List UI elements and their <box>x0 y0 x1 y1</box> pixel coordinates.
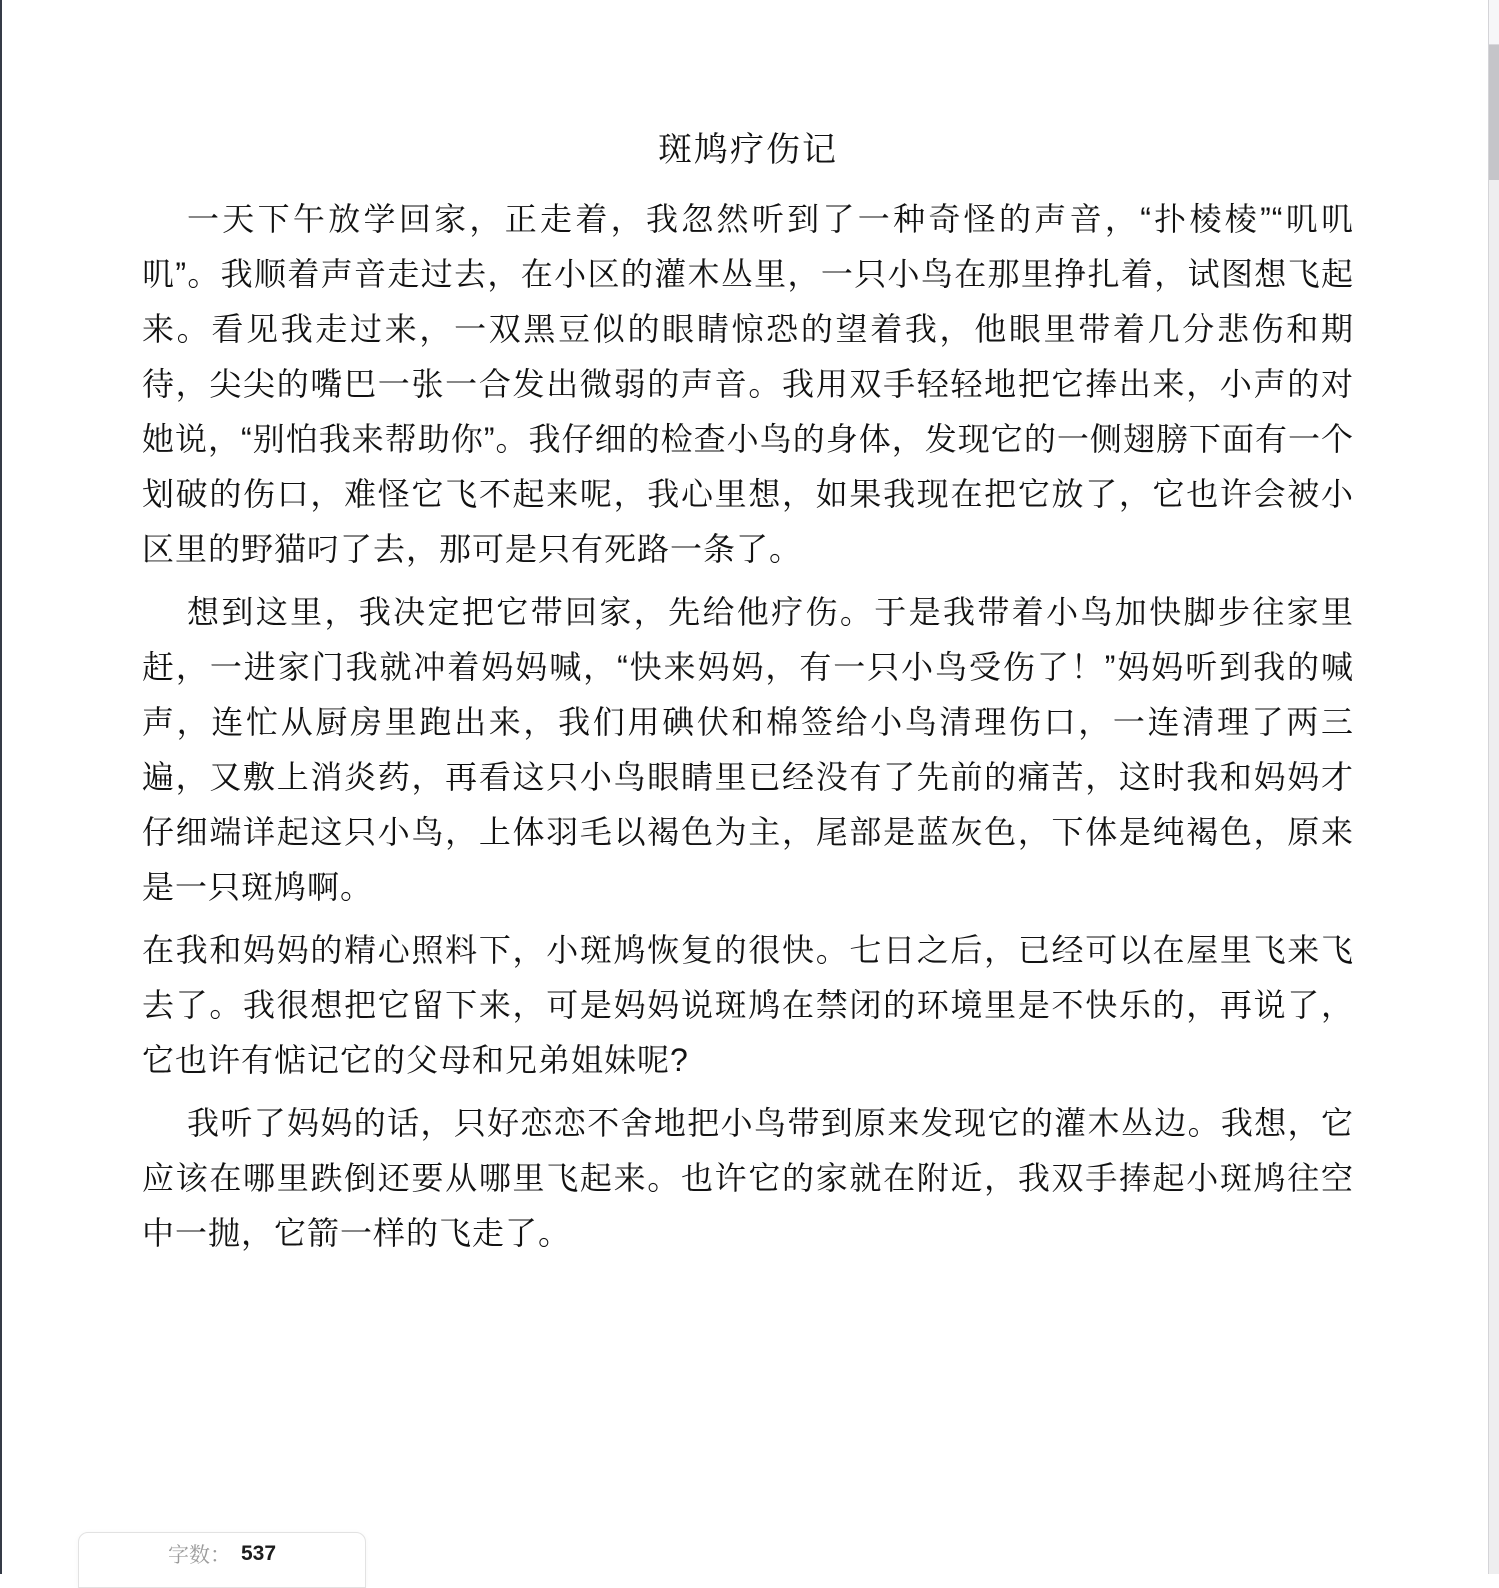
scrollbar-thumb[interactable] <box>1489 45 1499 180</box>
document-page[interactable]: 斑鸠疗伤记 一天下午放学回家，正走着，我忽然听到了一种奇怪的声音，“扑棱棱”“叽… <box>142 128 1354 1269</box>
word-count-label: 字数： <box>168 1539 231 1569</box>
vertical-scrollbar[interactable] <box>1488 0 1499 1574</box>
word-count-box: 字数： 537 <box>78 1532 366 1574</box>
scrollbar-top-cap <box>1489 0 1499 45</box>
document-paragraph-4: 我听了妈妈的话，只好恋恋不舍地把小鸟带到原来发现它的灌木丛边。我想，它应该在哪里… <box>142 1096 1354 1261</box>
document-paragraph-1: 一天下午放学回家，正走着，我忽然听到了一种奇怪的声音，“扑棱棱”“叽叽叽”。我顺… <box>142 192 1354 577</box>
document-paragraph-3: 在我和妈妈的精心照料下，小斑鸠恢复的很快。七日之后，已经可以在屋里飞来飞去了。我… <box>142 923 1354 1088</box>
document-paragraph-2: 想到这里，我决定把它带回家，先给他疗伤。于是我带着小鸟加快脚步往家里赶，一进家门… <box>142 585 1354 915</box>
document-title: 斑鸠疗伤记 <box>142 128 1354 172</box>
window-left-border <box>0 0 2 1574</box>
word-count-value: 537 <box>241 1542 276 1566</box>
